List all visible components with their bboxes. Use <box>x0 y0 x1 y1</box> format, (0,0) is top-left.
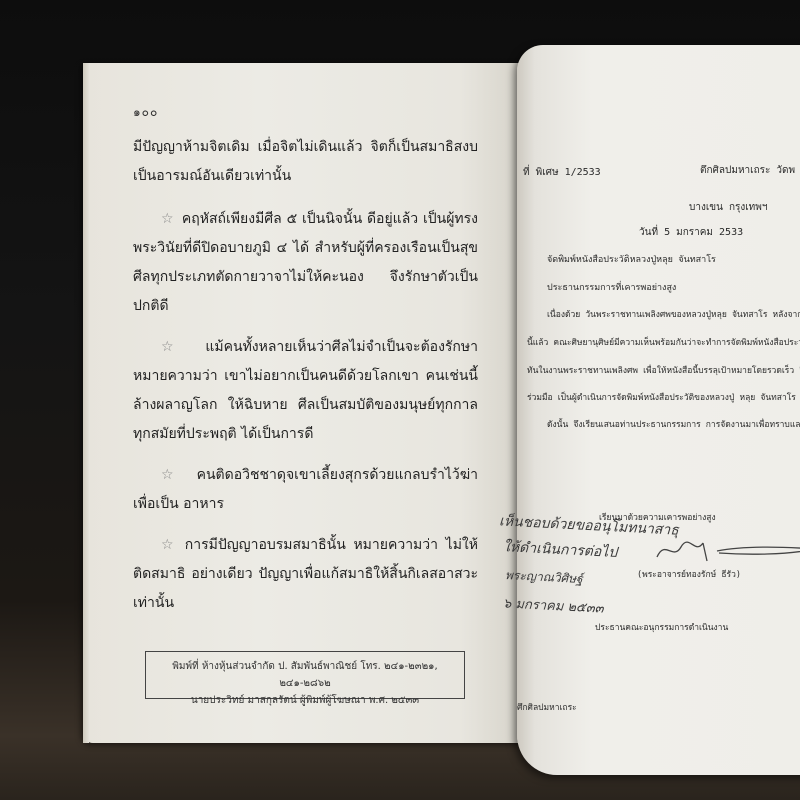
letter-number: ที่ พิเศษ 1/2533 <box>523 165 601 180</box>
imprint-line: พิมพ์ที่ ห้างหุ้นส่วนจำกัด ป. สัมพันธ์พา… <box>154 658 456 692</box>
page-number: ๑๐๐ <box>133 103 158 122</box>
star-bullet-icon: ☆ <box>161 211 174 227</box>
paragraph: มีปัญญาห้ามจิตเดิม เมื่อจิตไม่เดินแล้ว จ… <box>133 133 478 191</box>
star-bullet-icon: ☆ <box>161 467 189 483</box>
office-name: ตึกศิลปมหาเถระ วัดพ <box>700 163 795 178</box>
footer-office: ศึกศิลปมหาเถระ <box>517 700 577 714</box>
handwritten-note: ให้ดำเนินการต่อไป <box>503 536 618 564</box>
letter-body-line: ดังนั้น จึงเรียนเสนอท่านประธานกรรมการ กา… <box>547 417 800 431</box>
paragraph-text: การมีปัญญาอบรมสมาธินั้น หมายความว่า ไม่ใ… <box>133 537 478 611</box>
handwritten-note: ๖ มกราคม ๒๕๓๓ <box>503 592 605 618</box>
letter-subject: จัดพิมพ์หนังสือประวัติหลวงปู่หลุย จันทสา… <box>547 252 716 266</box>
printer-imprint-box: พิมพ์ที่ ห้างหุ้นส่วนจำกัด ป. สัมพันธ์พา… <box>145 651 465 699</box>
office-place: บางเขน กรุงเทพฯ <box>689 200 767 215</box>
signatory-name: (พระอาจารย์ทองรักษ์ ธีรัว) <box>637 567 741 581</box>
paragraph: ☆คฤหัสถ์เพียงมีศีล ๕ เป็นนิจนั้น ดีอยู่แ… <box>133 205 478 321</box>
paragraph: ☆การมีปัญญาอบรมสมาธินั้น หมายความว่า ไม่… <box>133 531 478 618</box>
paragraph-text: คฤหัสถ์เพียงมีศีล ๕ เป็นนิจนั้น ดีอยู่แล… <box>133 211 478 314</box>
letter-date: วันที่ 5 มกราคม 2533 <box>639 225 743 240</box>
right-book-page: ที่ พิเศษ 1/2533 ตึกศิลปมหาเถระ วัดพ บาง… <box>517 45 800 775</box>
star-bullet-icon: ☆ <box>161 537 177 553</box>
signatory-title: ประธานคณะอนุกรรมการดำเนินงาน <box>595 620 728 634</box>
left-book-page: ๑๐๐ มีปัญญาห้ามจิตเดิม เมื่อจิตไม่เดินแล… <box>83 63 526 743</box>
letter-body-line: นี้แล้ว คณะศิษยานุศิษย์มีความเห็นพร้อมกั… <box>527 335 800 349</box>
left-page-text: มีปัญญาห้ามจิตเดิม เมื่อจิตไม่เดินแล้ว จ… <box>133 133 478 630</box>
paragraph-text: มีปัญญาห้ามจิตเดิม เมื่อจิตไม่เดินแล้ว จ… <box>133 139 478 184</box>
imprint-line: นายประวิทย์ มาสกุลรัตน์ ผู้พิมพ์ผู้โฆษณา… <box>154 692 456 709</box>
letter-body-line: เนื่องด้วย วันพระราชทานเพลิงศพของหลวงปู่… <box>547 307 800 321</box>
letter-recipient: ประธานกรรมการที่เคารพอย่างสูง <box>547 280 676 294</box>
paragraph: ☆แม้คนทั้งหลายเห็นว่าศีลไม่จำเป็นจะต้องร… <box>133 333 478 449</box>
letter-body-line: ทันในงานพระราชทานเพลิงศพ เพื่อให้หนังสือ… <box>527 363 800 377</box>
star-bullet-icon: ☆ <box>161 339 197 355</box>
handwritten-note: พระญาณวิศิษฐ์ <box>505 566 584 589</box>
letter-body-line: ร่วมมือ เป็นผู้ดำเนินการจัดพิมพ์หนังสือป… <box>527 390 796 404</box>
paragraph: ☆คนติดอวิชชาดุจเขาเลี้ยงสุกรด้วยแกลบรำไว… <box>133 461 478 519</box>
